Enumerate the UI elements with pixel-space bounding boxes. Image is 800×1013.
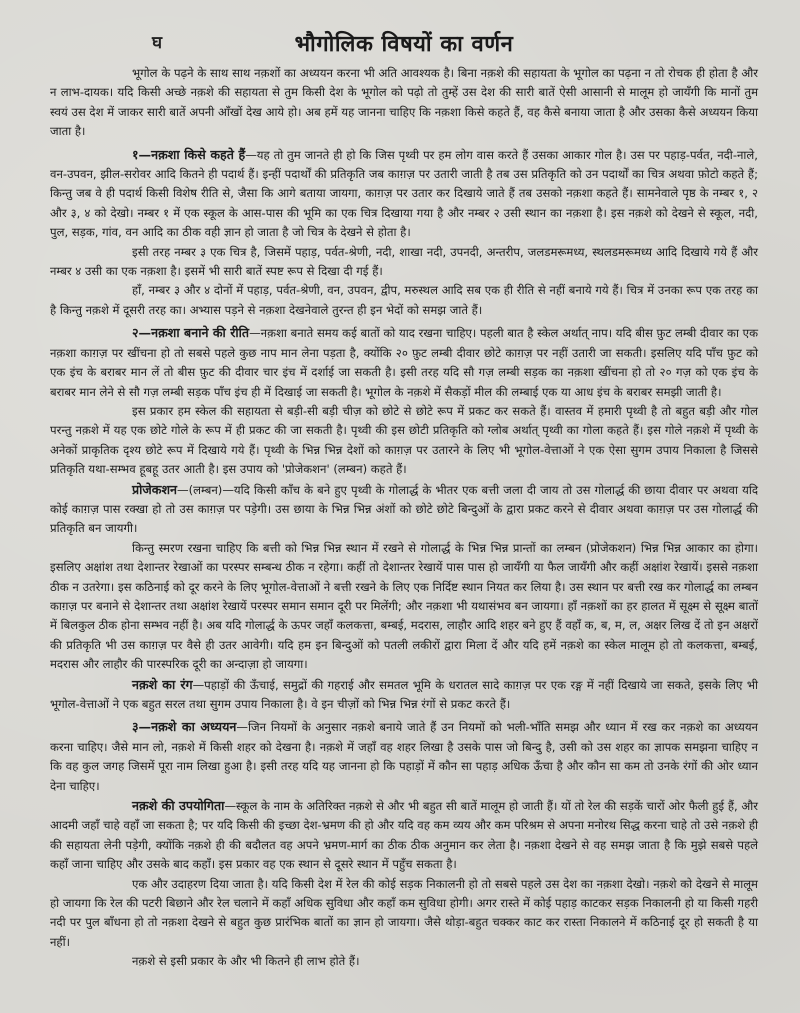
book-page: घ भौगोलिक विषयों का वर्णन भूगोल के पढ़ने… xyxy=(0,0,800,1013)
paragraph-text: नक़शे से इसी प्रकार के और भी कितने ही ला… xyxy=(132,954,359,968)
section-map-study: ३—नक़शे का अध्ययन—जिन नियमों के अनुसार न… xyxy=(50,717,758,796)
paragraph-scale-globe: इस प्रकार हम स्केल की सहायता से बड़ी-सी … xyxy=(50,402,758,480)
paragraph-text: इसी तरह नम्बर ३ एक चित्र है, जिसमें पहाड… xyxy=(50,245,758,278)
paragraph-text: किन्तु स्मरण रखना चाहिए कि बत्ती को भिन्… xyxy=(50,541,758,671)
section-heading: २—नक़शा बनाने की रीति xyxy=(132,325,249,340)
section-heading: नक़शे की उपयोगिता xyxy=(132,798,224,813)
paragraph-railway-example: एक और उदाहरण दिया जाता है। यदि किसी देश … xyxy=(50,875,758,953)
paragraph-text: इस प्रकार हम स्केल की सहायता से बड़ी-सी … xyxy=(50,404,758,476)
section-heading: नक़शे का रंग xyxy=(132,677,193,692)
section-projection: प्रोजेकशन—(लम्बन)—यदि किसी काँच के बने ह… xyxy=(50,480,758,539)
paragraph-differences: हाँ, नम्बर ३ और ४ दोनों में पहाड़, पर्वत… xyxy=(50,281,758,320)
paragraph-intro: भूगोल के पढ़ने के साथ साथ नक़शों का अध्य… xyxy=(50,64,758,142)
paragraph-text: भूगोल के पढ़ने के साथ साथ नक़शों का अध्य… xyxy=(50,66,758,138)
page-header: घ भौगोलिक विषयों का वर्णन xyxy=(50,0,758,64)
section-heading: प्रोजेकशन xyxy=(132,482,177,497)
section-map-colour: नक़शे का रंग—पहाड़ों की ऊँचाई, समुद्रों … xyxy=(50,675,758,715)
paragraph-picture-three: इसी तरह नम्बर ३ एक चित्र है, जिसमें पहाड… xyxy=(50,243,758,282)
page-title: भौगोलिक विषयों का वर्णन xyxy=(50,28,758,58)
paragraph-text: एक और उदाहरण दिया जाता है। यदि किसी देश … xyxy=(50,877,758,949)
section-what-is-map: १—नक़शा किसे कहते हैं—यह तो तुम जानते ही… xyxy=(50,145,758,243)
section-heading: ३—नक़शे का अध्ययन xyxy=(132,719,236,734)
paragraph-projection-detail: किन्तु स्मरण रखना चाहिए कि बत्ती को भिन्… xyxy=(50,539,758,675)
paragraph-closing: नक़शे से इसी प्रकार के और भी कितने ही ला… xyxy=(50,952,758,971)
section-heading: १—नक़शा किसे कहते हैं xyxy=(132,147,245,162)
section-map-usefulness: नक़शे की उपयोगिता—स्कूल के नाम के अतिरिक… xyxy=(50,796,758,875)
page-body: भूगोल के पढ़ने के साथ साथ नक़शों का अध्य… xyxy=(50,64,758,972)
paragraph-text: हाँ, नम्बर ३ और ४ दोनों में पहाड़, पर्वत… xyxy=(50,283,758,316)
section-map-making: २—नक़शा बनाने की रीति—नक़शा बनाते समय कई… xyxy=(50,323,758,402)
